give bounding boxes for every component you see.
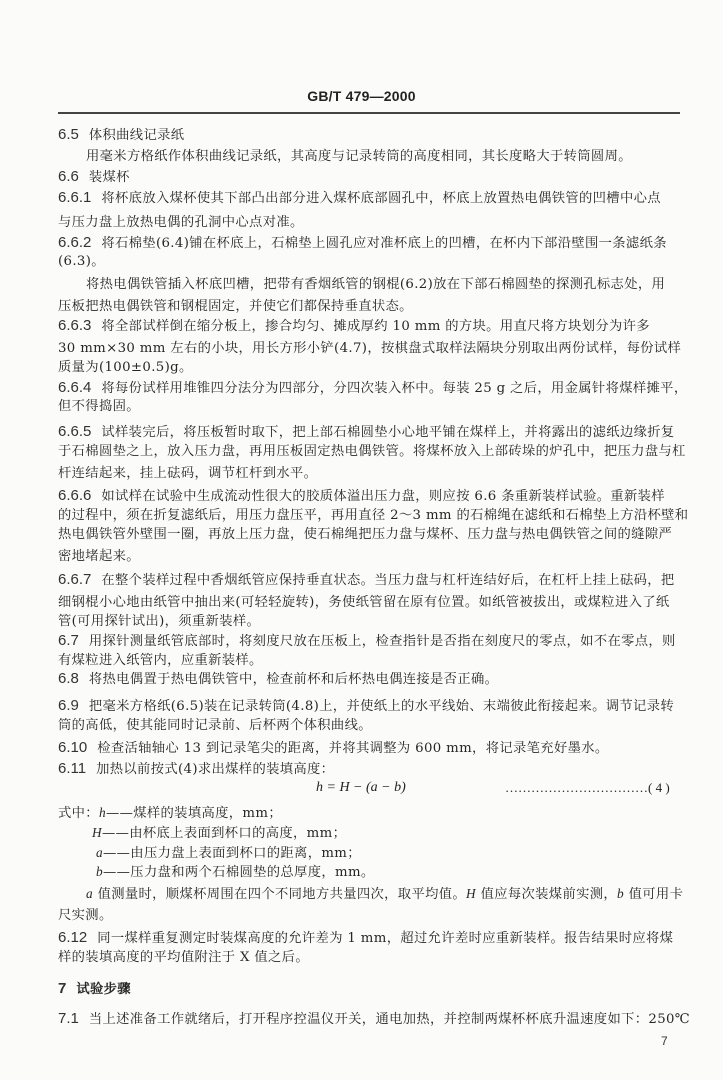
section-6-6-7: 6.6.7在整个装样过程中香烟纸管应保持垂直状态。当压力盘与杠杆连结好后，在杠杆… <box>58 571 683 590</box>
section-6-11: 6.11加热以前按式(4)求出煤样的装填高度： <box>58 760 683 779</box>
equation-number: ……………………………( 4 ) <box>505 780 670 796</box>
section-6-12-line-2: 样的装填高度的平均值附注于 X 值之后。 <box>58 949 683 967</box>
section-6-6-6: 6.6.6如试样在试验中生成流动性很大的胶质体溢出压力盘，则应按 6.6 条重新… <box>58 487 683 506</box>
measurement-note-line-2: 尺实测。 <box>58 907 683 925</box>
section-6-6-7-line-2: 细钢棍小心地由纸管中抽出来(可轻轻旋转)，务使纸管留在原有位置。如纸管被拔出，或… <box>58 594 683 612</box>
section-6-6-5-line-2: 于石棉圆垫之上，放入压力盘，再用压板固定热电偶铁管。将煤杯放入上部砖垛的炉孔中，… <box>58 443 683 461</box>
section-6-5-body: 用毫米方格纸作体积曲线记录纸，其高度与记录转筒的高度相同，其长度略大于转筒圆周。 <box>86 148 711 166</box>
section-6-6-6-line-2: 的过程中，须在折复滤纸后，用压力盘压平，再用直径 2～3 mm 的石棉绳在滤纸和… <box>58 507 683 525</box>
section-6-7: 6.7用探针测量纸管底部时，将刻度尺放在压板上，检查指针是否指在刻度尺的零点，如… <box>58 632 683 651</box>
section-6-8: 6.8将热电偶置于热电偶铁管中，检查前杯和后杯热电偶连接是否正确。 <box>58 670 683 689</box>
section-6-6-5: 6.6.5试样装完后，将压板暂时取下，把上部石棉圆垫小心地平铺在煤样上，并将露出… <box>58 423 683 442</box>
section-6-12: 6.12同一煤样重复测定时装煤高度的允许差为 1 mm，超过允许差时应重新装样。… <box>58 929 683 948</box>
section-6-6-heading: 6.6装煤杯 <box>58 168 683 187</box>
header-rule <box>58 112 680 114</box>
section-6-6-6-line-4: 密地堵起来。 <box>58 548 683 566</box>
definition-a: a——由压力盘上表面到杯口的距离，mm； <box>96 844 721 863</box>
section-6-6-1: 6.6.1将杯底放入煤杯使其下部凸出部分进入煤杯底部圆孔中，杯底上放置热电偶铁管… <box>58 189 683 208</box>
measurement-note: a 值测量时，顺煤杯周围在四个不同地方共量四次，取平均值。H 值应每次装煤前实测… <box>86 885 711 904</box>
section-7-1: 7.1当上述准备工作就绪后，打开程序控温仪开关，通电加热，并控制两煤杯杯底升温速… <box>58 1010 683 1029</box>
section-6-6-1-line-2: 与压力盘上放热电偶的孔洞中心点对准。 <box>58 214 683 232</box>
section-6-10: 6.10检查活轴轴心 13 到记录笔尖的距离，并将其调整为 600 mm，将记录… <box>58 739 683 758</box>
definition-h: 式中：h——煤样的装填高度，mm； <box>58 804 683 823</box>
definition-H: H——由杯底上表面到杯口的高度，mm； <box>92 824 717 843</box>
section-6-6-7-line-3: 管(可用探针试出)，须重新装样。 <box>58 613 683 631</box>
section-6-6-3-line-3: 质量为(100±0.5)g。 <box>58 359 683 377</box>
formula-4: h = H − (a − b) <box>316 780 406 796</box>
document-page: GB/T 479—2000 6.5体积曲线记录纸 用毫米方格纸作体积曲线记录纸，… <box>0 0 723 1080</box>
section-6-6-5-line-3: 杆连结起来，挂上砝码，调节杠杆到水平。 <box>58 465 683 483</box>
section-6-6-6-line-3: 热电偶铁管外壁围一圈，再放上压力盘，使石棉绳把压力盘与煤杯、压力盘与热电偶铁管之… <box>58 526 683 544</box>
section-6-6-2-para-line-1: 将热电偶铁管插入杯底凹槽，把带有香烟纸管的钢棍(6.2)放在下部石棉圆垫的探测孔… <box>86 276 711 294</box>
section-6-9-line-2: 筒的高低，使其能同时记录前、后杯两个体积曲线。 <box>58 717 683 735</box>
section-6-7-line-2: 有煤粒进入纸管内，应重新装样。 <box>58 652 683 670</box>
section-6-5-heading: 6.5体积曲线记录纸 <box>58 126 683 145</box>
section-6-6-2-line-2: (6.3)。 <box>58 253 683 271</box>
standard-code-header: GB/T 479—2000 <box>0 88 723 104</box>
section-6-6-3-line-2: 30 mm×30 mm 左右的小块，用长方形小铲(4.7)，按棋盘式取样法隔块分… <box>58 340 683 358</box>
page-number: 7 <box>661 1034 668 1048</box>
section-7-heading: 7试验步骤 <box>58 980 683 999</box>
section-6-9: 6.9把毫米方格纸(6.5)装在记录转筒(4.8)上，并使纸上的水平线始、末端彼… <box>58 697 683 716</box>
section-6-6-4-line-2: 但不得捣固。 <box>58 398 683 416</box>
definition-b: b——压力盘和两个石棉圆垫的总厚度，mm。 <box>96 863 721 882</box>
section-6-6-2: 6.6.2将石棉垫(6.4)铺在杯底上，石棉垫上圆孔应对准杯底上的凹槽，在杯内下… <box>58 234 683 253</box>
section-6-6-3: 6.6.3将全部试样倒在缩分板上，掺合均匀、摊成厚约 10 mm 的方块。用直尺… <box>58 317 683 336</box>
section-6-6-2-para-line-2: 压板把热电偶铁管和钢棍固定，并使它们都保持垂直状态。 <box>58 298 683 316</box>
section-6-6-4: 6.6.4将每份试样用堆锥四分法分为四部分，分四次装入杯中。每装 25 g 之后… <box>58 379 683 398</box>
